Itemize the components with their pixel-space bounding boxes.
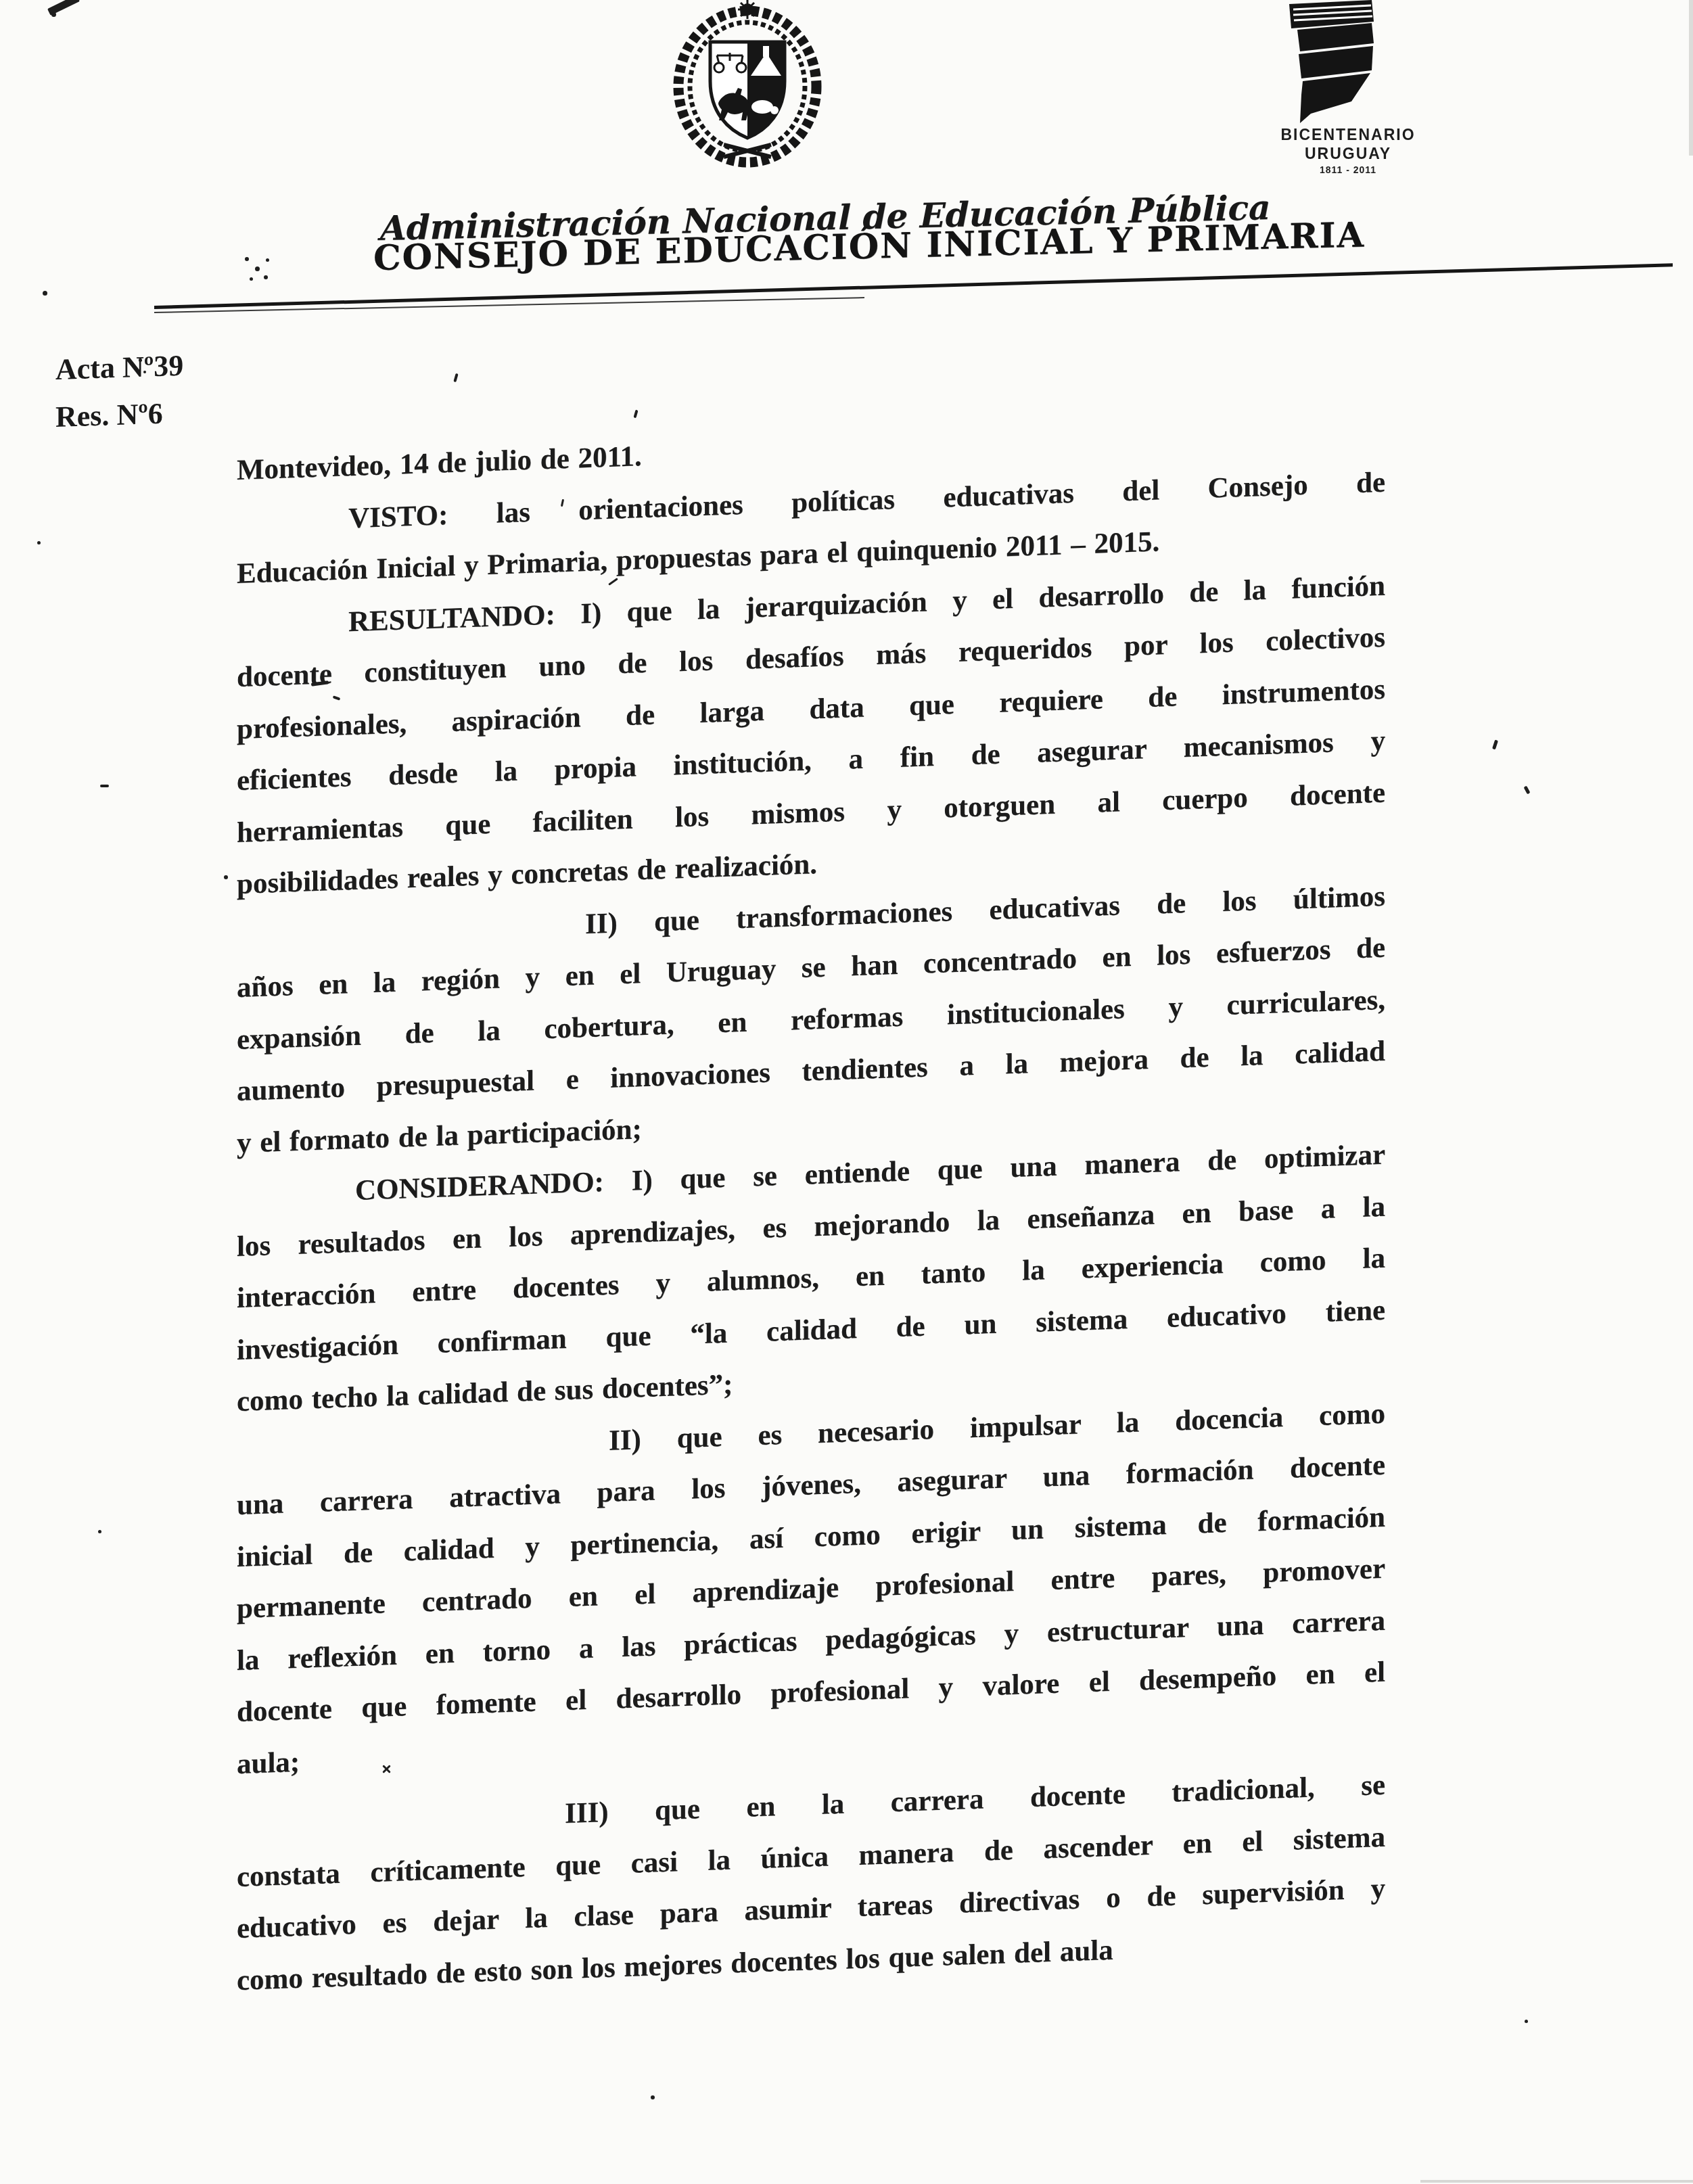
scan-edge-shadow [1689, 0, 1693, 156]
scan-artifact [453, 373, 458, 383]
scan-edge-shadow [1420, 2180, 1693, 2183]
uruguay-coat-of-arms-icon [659, 0, 835, 172]
scan-artifact [633, 410, 638, 419]
scan-artifact [224, 875, 228, 879]
scan-artifact [1525, 2020, 1528, 2023]
scan-artifact [100, 785, 109, 787]
acta-number: Acta Nº39 [55, 342, 183, 394]
scan-artifact [266, 258, 269, 262]
bicentenario-ribbon-icon [1270, 0, 1426, 135]
bicentenario-years-label: 1811 - 2011 [1270, 164, 1426, 175]
scan-artifact [250, 277, 253, 281]
scan-artifact [143, 371, 146, 373]
scan-artifact [1523, 786, 1530, 795]
scan-artifact [255, 266, 260, 271]
scan-artifact [1492, 740, 1498, 750]
scan-artifact [98, 1530, 101, 1533]
scan-artifact [37, 541, 41, 544]
bicentenario-label: BICENTENARIO [1270, 126, 1426, 144]
bicentenario-logo: BICENTENARIO URUGUAY 1811 - 2011 [1270, 0, 1426, 183]
document-body: Montevideo, 14 de julio de 2011. VISTO: … [237, 405, 1385, 2007]
scan-artifact [651, 2095, 655, 2099]
scan-artifact [245, 257, 249, 261]
scan-artifact [264, 275, 268, 279]
scan-artifact [139, 358, 142, 362]
bicentenario-country-label: URUGUAY [1270, 145, 1426, 163]
scanned-document-page: BICENTENARIO URUGUAY 1811 - 2011 Adminis… [0, 0, 1693, 2184]
scan-artifact [51, 12, 56, 17]
resolution-number: Res. Nº6 [55, 390, 183, 441]
scan-artifact [43, 291, 47, 296]
document-identifiers: Acta Nº39 Res. Nº6 [55, 342, 183, 441]
